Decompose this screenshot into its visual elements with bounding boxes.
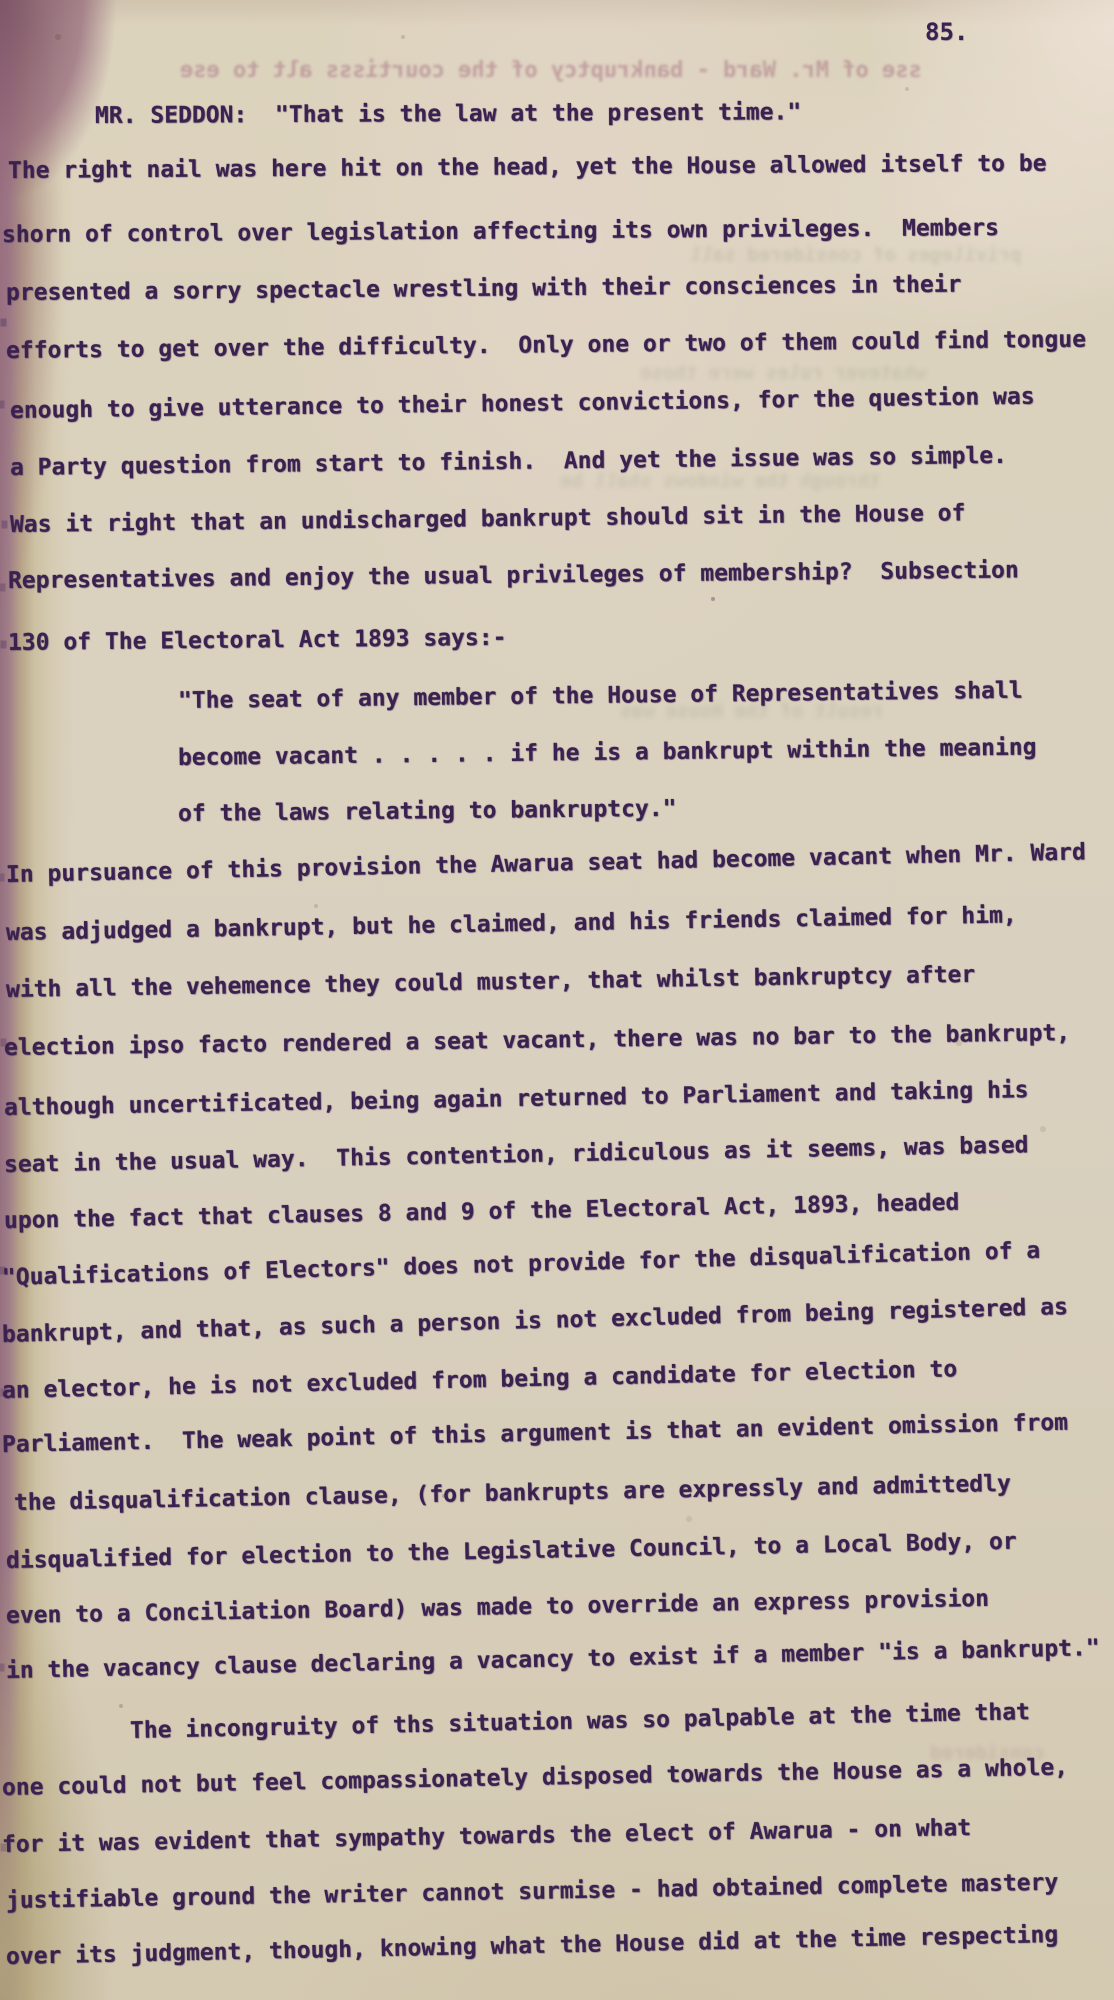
typed-line: presented a sorry spectacle wrestling wi… — [6, 272, 962, 306]
typed-line: The right nail was here hit on the head,… — [8, 151, 1047, 184]
typed-line: for it was evident that sympathy towards… — [2, 1815, 972, 1858]
typed-line: one could not but feel compassionately d… — [2, 1755, 1069, 1801]
typed-line: Parliament. The weak point of this argum… — [2, 1410, 1069, 1458]
typed-line: of the laws relating to bankruptcy." — [178, 796, 677, 827]
typed-line: election ipso facto rendered a seat vaca… — [4, 1020, 1070, 1061]
typed-line: an elector, he is not excluded from bein… — [2, 1356, 958, 1404]
typed-line: The incongruity of ths situation was so … — [130, 1699, 1030, 1744]
typed-line: with all the vehemence they could muster… — [6, 962, 976, 1003]
typed-line: seat in the usual way. This contention, … — [4, 1132, 1029, 1178]
typed-line: Representatives and enjoy the usual priv… — [8, 557, 1019, 594]
typed-line: over its judgment, though, knowing what … — [6, 1922, 1059, 1970]
typed-line: enough to give utterance to their honest… — [10, 384, 1035, 424]
typed-line: efforts to get over the difficulty. Only… — [6, 327, 1086, 364]
typed-line: "Qualifications of Electors" does not pr… — [2, 1238, 1041, 1291]
typed-line: In pursuance of this provision the Awaru… — [6, 839, 1086, 888]
manuscript-page: 85. sse of Mr. Ward - bankruptcy of the … — [0, 0, 1114, 2000]
typed-line: Was it right that an undischarged bankru… — [10, 500, 966, 538]
typed-line: become vacant . . . . . if he is a bankr… — [178, 735, 1037, 771]
bleedthrough-text: whatever rules were those — [640, 362, 926, 384]
page-number: 85. — [925, 18, 968, 46]
typed-line: upon the fact that clauses 8 and 9 of th… — [4, 1190, 960, 1234]
typed-line: even to a Conciliation Board) was made t… — [6, 1586, 989, 1629]
bleedthrough-text: sse of Mr. Ward - bankruptcy of the cour… — [180, 58, 922, 83]
left-edge-marks — [0, 0, 3, 5]
typed-line: although uncertificated, being again ret… — [4, 1077, 1029, 1121]
typed-line: "The seat of any member of the House of … — [178, 678, 1023, 714]
typed-line: justifiable ground the writer cannot sur… — [6, 1870, 1059, 1914]
typed-line: MR. SEDDON: "That is the law at the pres… — [95, 99, 801, 129]
typed-line: disqualified for election to the Legisla… — [6, 1529, 1017, 1574]
typed-line: 130 of The Electoral Act 1893 says:- — [8, 625, 507, 656]
typed-line: was adjudged a bankrupt, but he claimed,… — [6, 902, 1017, 946]
typed-line: bankrupt, and that, as such a person is … — [2, 1294, 1069, 1348]
typed-line: in the vacancy clause declaring a vacanc… — [6, 1635, 1100, 1684]
bleedthrough-text: privileges of considered sall — [690, 244, 1022, 266]
typed-line: the disqualification clause, (for bankru… — [14, 1471, 1011, 1516]
